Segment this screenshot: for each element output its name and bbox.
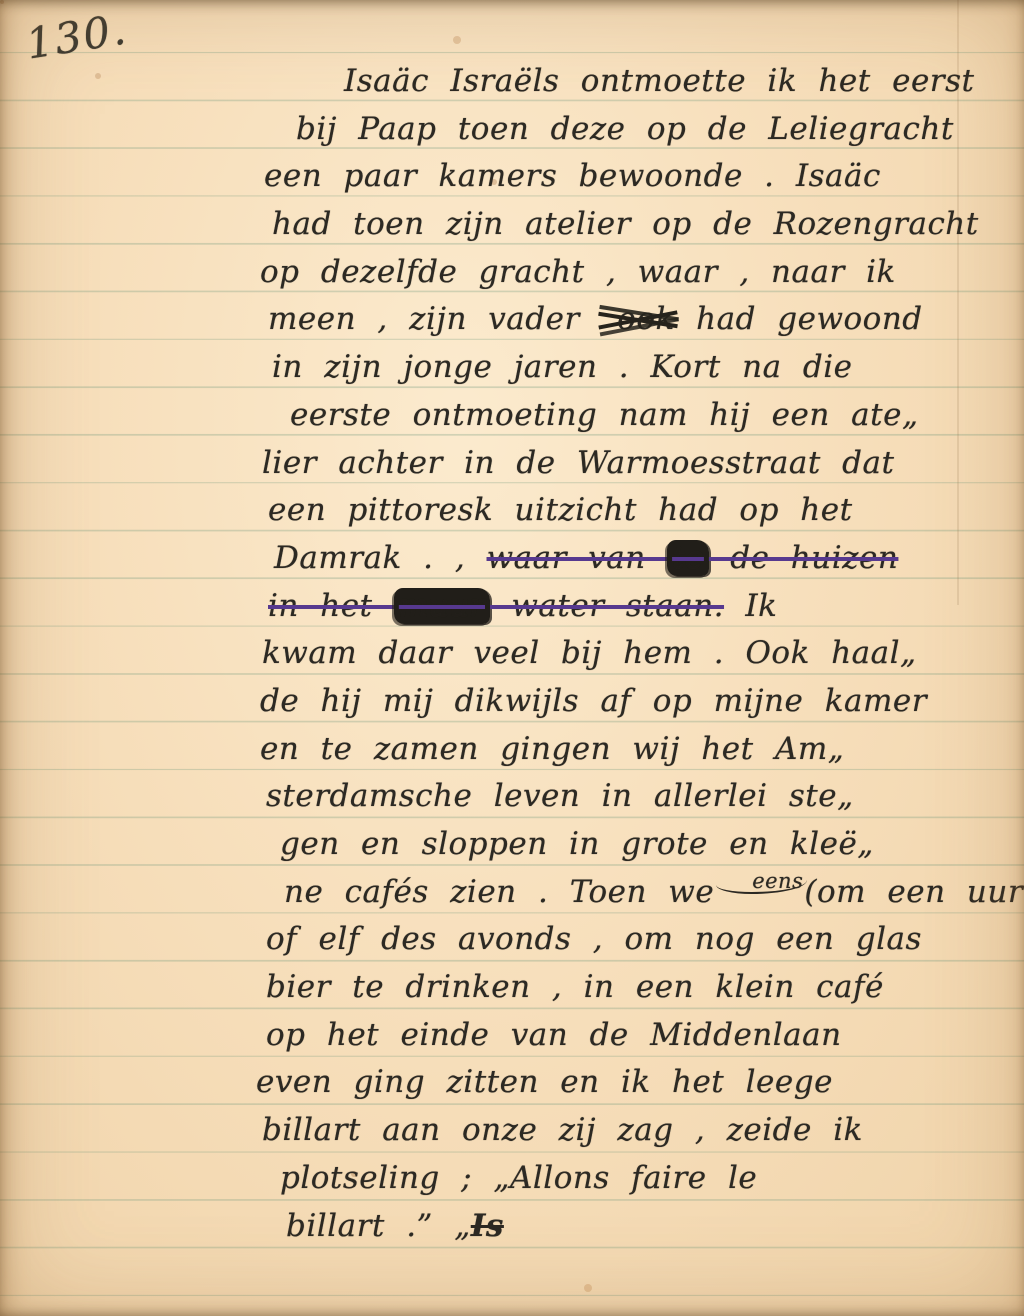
handwritten-text: de hij mij dikwijls af op mijne kamer bbox=[260, 683, 927, 719]
manuscript-line: en te zamen gingen wij het Am„ bbox=[0, 726, 1024, 774]
manuscript-line: op het einde van de Middenlaan bbox=[0, 1012, 1024, 1060]
manuscript-line: een pittoresk uitzicht had op het bbox=[0, 487, 1024, 535]
manuscript-line: een paar kamers bewoonde . Isaäc bbox=[0, 153, 1024, 201]
inserted-word: eens bbox=[716, 871, 807, 894]
handwritten-text: op dezelfde gracht , waar , naar ik bbox=[260, 254, 896, 290]
manuscript-line: op dezelfde gracht , waar , naar ik bbox=[0, 249, 1024, 297]
handwritten-text: lier achter in de Warmoesstraat dat bbox=[262, 445, 894, 481]
manuscript-line: had toen zijn atelier op de Rozengracht bbox=[0, 201, 1024, 249]
handwritten-text: kwam daar veel bij hem . Ook haal„ bbox=[262, 635, 917, 671]
handwritten-text: en te zamen gingen wij het Am„ bbox=[260, 731, 844, 767]
handwritten-text: een pittoresk uitzicht had op het bbox=[268, 492, 853, 528]
manuscript-line: billart .” „Is bbox=[0, 1203, 1024, 1251]
manuscript-line: of elf des avonds , om nog een glas bbox=[0, 916, 1024, 964]
handwritten-text: bier te drinken , in een klein café bbox=[266, 969, 884, 1005]
handwritten-text: gen en sloppen in grote en kleë„ bbox=[280, 826, 874, 862]
handwritten-text: had gewoond bbox=[675, 301, 923, 337]
manuscript-line: even ging zitten en ik het leege bbox=[0, 1059, 1024, 1107]
manuscript-line: in het muur water staan. Ik bbox=[0, 583, 1024, 631]
manuscript-line: in zijn jonge jaren . Kort na die bbox=[0, 344, 1024, 392]
struck-through-text: waar van bbox=[487, 540, 668, 576]
manuscript-line: gen en sloppen in grote en kleë„ bbox=[0, 821, 1024, 869]
manuscript-line: plotseling ; „Allons faire le bbox=[0, 1155, 1024, 1203]
manuscript-line: kwam daar veel bij hem . Ook haal„ bbox=[0, 630, 1024, 678]
paper-specks bbox=[0, 0, 4, 4]
handwritten-text: sterdamsche leven in allerlei ste„ bbox=[266, 778, 854, 814]
blacked-out-word: muur bbox=[394, 588, 490, 624]
handwritten-text: of elf des avonds , om nog een glas bbox=[266, 921, 922, 957]
scribbled-out-word: ook bbox=[601, 296, 675, 344]
handwritten-text: op het einde van de Middenlaan bbox=[266, 1017, 842, 1053]
handwritten-text: Isaäc Israëls ontmoette ik het eerst bbox=[344, 63, 974, 99]
handwritten-text: een paar kamers bewoonde . Isaäc bbox=[264, 158, 881, 194]
manuscript-line: sterdamsche leven in allerlei ste„ bbox=[0, 773, 1024, 821]
handwritten-text: even ging zitten en ik het leege bbox=[256, 1064, 833, 1100]
manuscript-line: eerste ontmoeting nam hij een ate„ bbox=[0, 392, 1024, 440]
handwritten-text: meen , zijn vader bbox=[268, 301, 601, 337]
manuscript-line: Damrak . , waar van te de huizen bbox=[0, 535, 1024, 583]
manuscript-line: lier achter in de Warmoesstraat dat bbox=[0, 440, 1024, 488]
blacked-out-word: te bbox=[667, 540, 709, 576]
handwritten-text: (om een uur “ bbox=[804, 874, 1024, 910]
struck-through-text: water staan. bbox=[490, 588, 724, 624]
struck-through-text: de huizen bbox=[709, 540, 898, 576]
handwritten-text: bij Paap toen deze op de Leliegracht bbox=[296, 111, 954, 147]
handwritten-text: plotseling ; „Allons faire le bbox=[280, 1160, 757, 1196]
handwritten-text: in zijn jonge jaren . Kort na die bbox=[272, 349, 853, 385]
manuscript-line: bij Paap toen deze op de Leliegracht bbox=[0, 106, 1024, 154]
handwritten-text: had toen zijn atelier op de Rozengracht bbox=[272, 206, 979, 242]
manuscript-line: de hij mij dikwijls af op mijne kamer bbox=[0, 678, 1024, 726]
handwritten-text: Damrak . , bbox=[274, 540, 487, 576]
manuscript-page: 130. Isaäc Israëls ontmoette ik het eers… bbox=[0, 0, 1024, 1316]
manuscript-lines: Isaäc Israëls ontmoette ik het eerstbij … bbox=[0, 58, 1024, 1250]
struck-through-text: in het bbox=[268, 588, 394, 624]
handwritten-text: billart aan onze zij zag , zeide ik bbox=[262, 1112, 863, 1148]
manuscript-line: billart aan onze zij zag , zeide ik bbox=[0, 1107, 1024, 1155]
manuscript-line: ne cafés zien . Toen weeens(om een uur “ bbox=[0, 869, 1024, 917]
handwritten-text: Ik bbox=[724, 588, 777, 624]
manuscript-line: Isaäc Israëls ontmoette ik het eerst bbox=[0, 58, 1024, 106]
manuscript-line: meen , zijn vader ook had gewoond bbox=[0, 296, 1024, 344]
handwritten-text: eerste ontmoeting nam hij een ate„ bbox=[290, 397, 919, 433]
handwritten-text: ne cafés zien . Toen we bbox=[284, 874, 714, 910]
handwritten-text: billart .” „ bbox=[286, 1208, 471, 1244]
flourish-initial: Is bbox=[471, 1208, 504, 1244]
manuscript-line: bier te drinken , in een klein café bbox=[0, 964, 1024, 1012]
